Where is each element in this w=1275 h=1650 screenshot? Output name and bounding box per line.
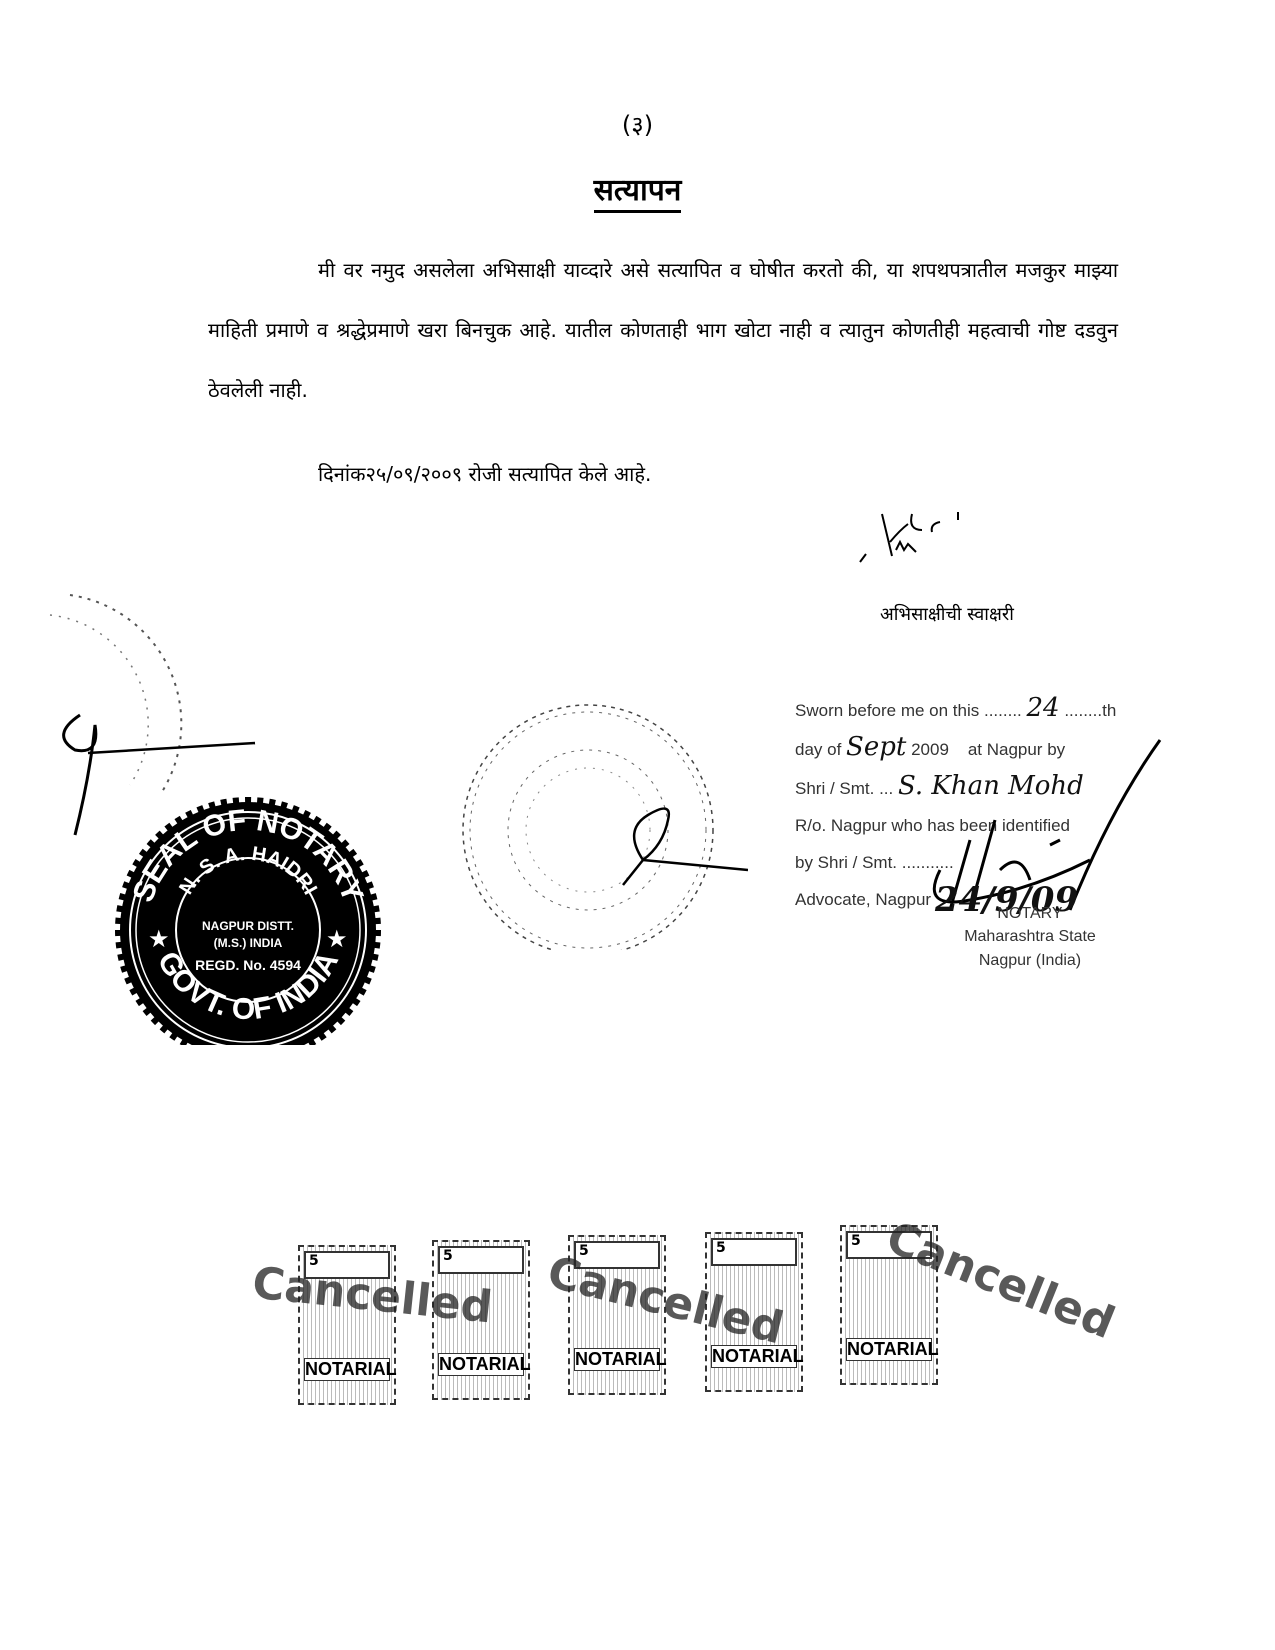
page-title: सत्यापन <box>0 168 1275 209</box>
verification-date: दिनांक२५/०९/२००९ रोजी सत्यापित केले आहे. <box>318 460 651 487</box>
notary-seal: SEAL OF NOTARY N. S. A. HAIDRI GOVT. OF … <box>108 795 388 1045</box>
notary-city: Nagpur (India) <box>930 952 1130 970</box>
notary-state: Maharashtra State <box>930 928 1130 946</box>
svg-text:(M.S.) INDIA: (M.S.) INDIA <box>214 936 283 950</box>
deponent-signature-label: अभिसाक्षीची स्वाक्षरी <box>880 602 1014 626</box>
stamp-label: NOTARIAL <box>846 1338 932 1361</box>
stamp-label: NOTARIAL <box>304 1358 390 1381</box>
faint-notary-seal <box>448 670 748 950</box>
notary-title: NOTARY <box>990 905 1070 923</box>
title-text: सत्यापन <box>594 173 682 213</box>
stamp-label: NOTARIAL <box>438 1353 524 1376</box>
stamp-header: 5 <box>711 1238 797 1266</box>
page-number: (३) <box>0 108 1275 141</box>
deponent-signature <box>830 500 980 580</box>
verification-paragraph: मी वर नमुद असलेला अभिसाक्षी याव्दारे असे… <box>208 240 1118 420</box>
star-icon: ★ <box>148 925 170 953</box>
star-icon: ★ <box>326 925 348 953</box>
svg-text:NAGPUR DISTT.: NAGPUR DISTT. <box>202 919 294 933</box>
svg-text:REGD. No. 4594: REGD. No. 4594 <box>195 957 301 973</box>
paragraph-text: मी वर नमुद असलेला अभिसाक्षी याव्दारे असे… <box>208 258 1118 402</box>
stamp-header: 5 <box>438 1246 524 1274</box>
stamp-label: NOTARIAL <box>574 1348 660 1371</box>
